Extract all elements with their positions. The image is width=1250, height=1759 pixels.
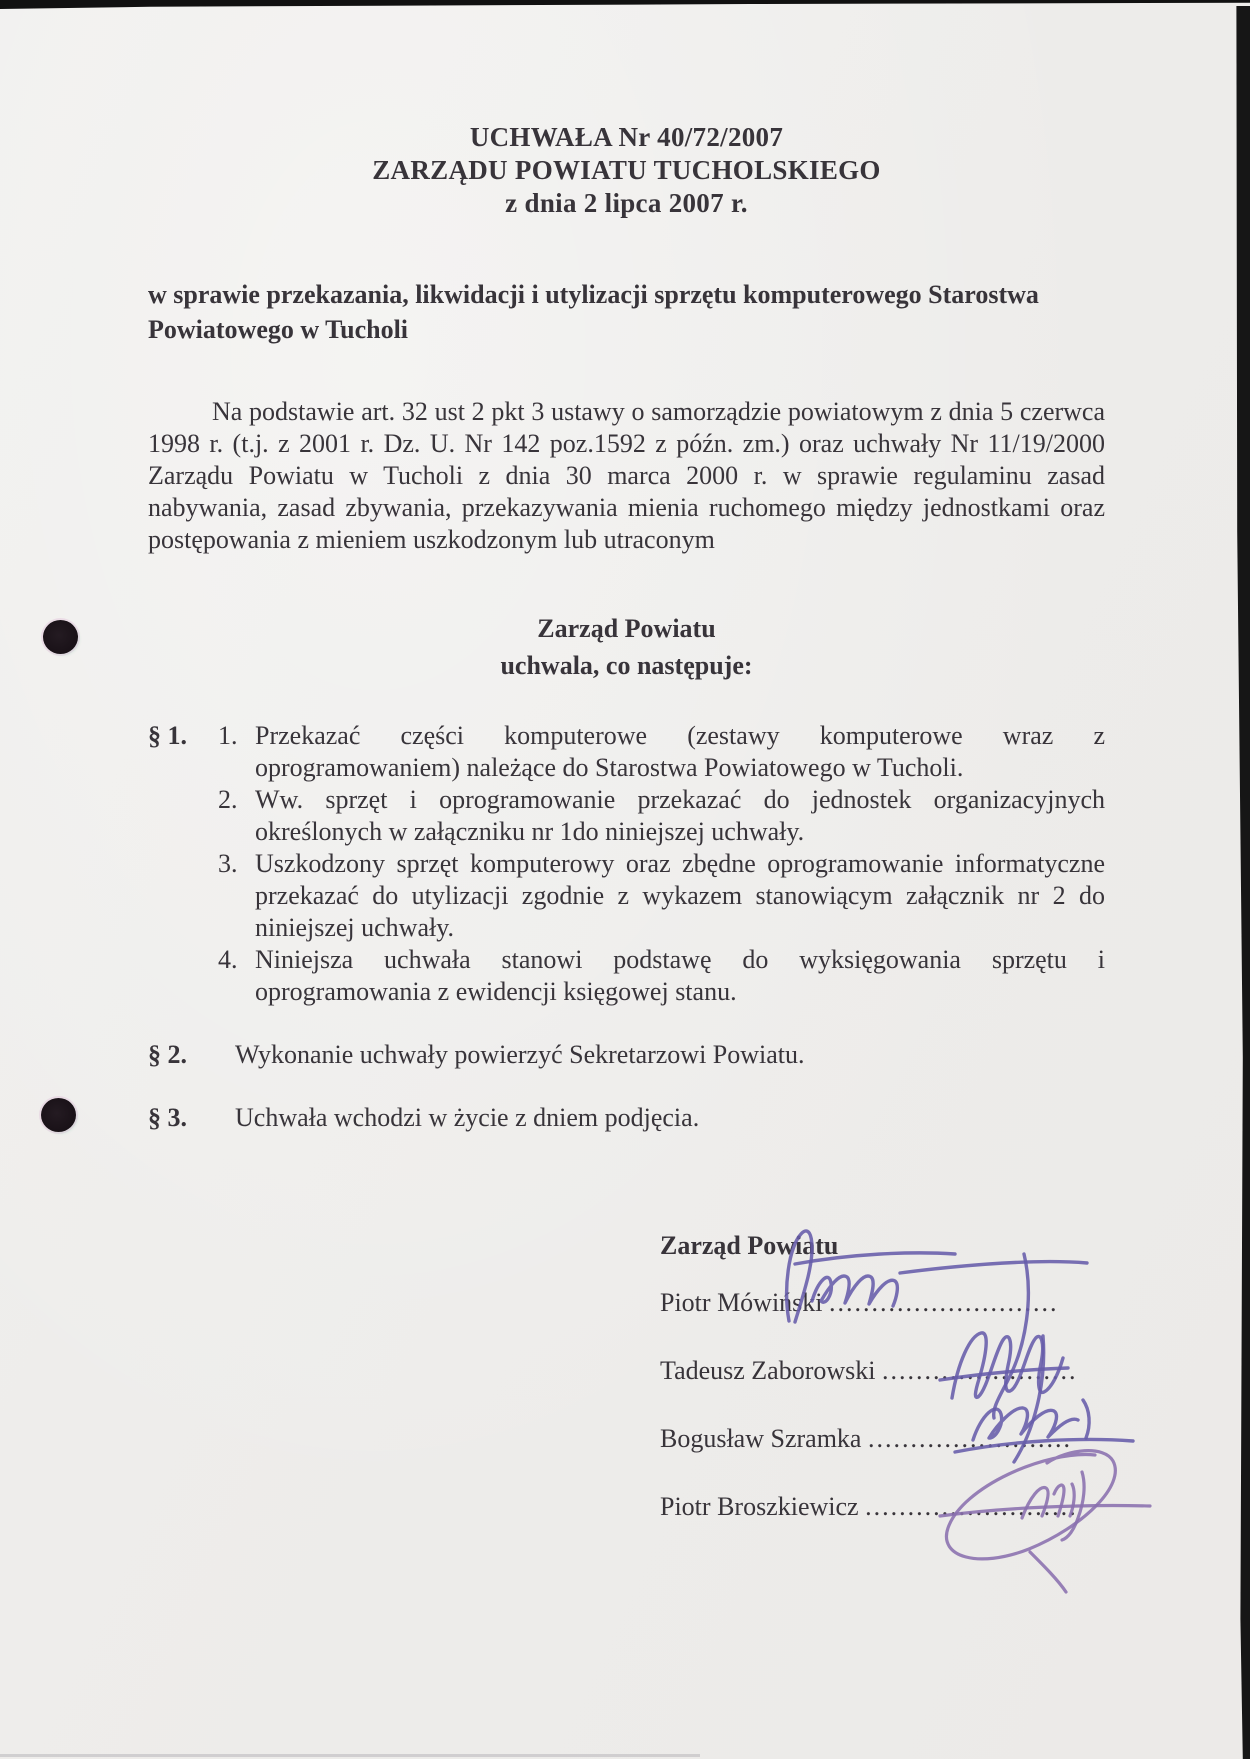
section-2: § 2. Wykonanie uchwały powierzyć Sekreta… [148, 1039, 1105, 1071]
subject-line: w sprawie przekazania, likwidacji i utyl… [148, 277, 1105, 347]
list-item-marker: 1. [218, 720, 255, 784]
title-issuing-body: ZARZĄDU POWIATU TUCHOLSKIEGO [148, 154, 1105, 187]
section-1-list: 1. Przekazać części komputerowe (zestawy… [218, 720, 1105, 1008]
section-3: § 3. Uchwała wchodzi w życie z dniem pod… [148, 1102, 1105, 1134]
signature-dotted-line: ......................... [865, 1492, 1078, 1521]
title-resolution-number: UCHWAŁA Nr 40/72/2007 [148, 121, 1105, 154]
scan-edge-right [1234, 6, 1250, 1759]
section-3-text: Uchwała wchodzi w życie z dniem podjęcia… [235, 1102, 699, 1134]
enacting-line-2: uchwala, co następuje: [148, 647, 1105, 684]
section-1: § 1. 1. Przekazać części komputerowe (ze… [148, 720, 1105, 1008]
list-item: 4. Niniejsza uchwała stanowi podstawę do… [218, 944, 1105, 1008]
signature-block: Zarząd Powiatu Piotr Mówiński ..........… [660, 1229, 1105, 1524]
signature-dotted-line: ....................... [882, 1356, 1078, 1385]
enacting-formula: Zarząd Powiatu uchwala, co następuje: [148, 610, 1105, 684]
enacting-line-1: Zarząd Powiatu [148, 610, 1105, 647]
signature-line-mowinski: Piotr Mówiński .........................… [660, 1286, 1105, 1320]
list-item-text: Niniejsza uchwała stanowi podstawę do wy… [255, 944, 1105, 1008]
signature-heading: Zarząd Powiatu [660, 1229, 1105, 1263]
section-2-label: § 2. [148, 1039, 235, 1071]
legal-basis-paragraph: Na podstawie art. 32 ust 2 pkt 3 ustawy … [148, 396, 1105, 556]
list-item-text: Ww. sprzęt i oprogramowanie przekazać do… [255, 784, 1105, 848]
document-title: UCHWAŁA Nr 40/72/2007 ZARZĄDU POWIATU TU… [148, 121, 1105, 220]
scanned-document-page: UCHWAŁA Nr 40/72/2007 ZARZĄDU POWIATU TU… [0, 0, 1250, 1759]
scan-edge-bottom [0, 1754, 700, 1757]
signature-line-szramka: Bogusław Szramka .......................… [660, 1422, 1105, 1456]
list-item: 2. Ww. sprzęt i oprogramowanie przekazać… [218, 784, 1105, 848]
section-2-text: Wykonanie uchwały powierzyć Sekretarzowi… [235, 1039, 805, 1071]
signer-name: Piotr Broszkiewicz [660, 1492, 859, 1521]
list-item: 1. Przekazać części komputerowe (zestawy… [218, 720, 1105, 784]
signature-dotted-line: ........................ [868, 1424, 1072, 1453]
list-item-marker: 3. [218, 848, 255, 944]
hole-punch-mark-bottom [41, 1098, 76, 1132]
list-item-marker: 2. [218, 784, 255, 848]
list-item-marker: 4. [218, 944, 255, 1008]
signer-name: Bogusław Szramka [660, 1424, 861, 1453]
section-3-label: § 3. [148, 1102, 235, 1134]
list-item-text: Przekazać części komputerowe (zestawy ko… [255, 720, 1105, 784]
title-date: z dnia 2 lipca 2007 r. [148, 187, 1105, 220]
signature-line-zaborowski: Tadeusz Zaborowski .....................… [660, 1354, 1105, 1388]
list-item: 3. Uszkodzony sprzęt komputerowy oraz zb… [218, 848, 1105, 944]
signer-name: Tadeusz Zaborowski [660, 1356, 876, 1385]
section-1-label: § 1. [148, 720, 218, 1008]
signature-dotted-line: ........................... [829, 1288, 1059, 1317]
document-body: UCHWAŁA Nr 40/72/2007 ZARZĄDU POWIATU TU… [148, 0, 1105, 1558]
signature-line-broszkiewicz: Piotr Broszkiewicz .....................… [660, 1490, 1105, 1524]
signer-name: Piotr Mówiński [660, 1288, 823, 1317]
hole-punch-mark-top [43, 620, 78, 654]
list-item-text: Uszkodzony sprzęt komputerowy oraz zbędn… [255, 848, 1105, 944]
